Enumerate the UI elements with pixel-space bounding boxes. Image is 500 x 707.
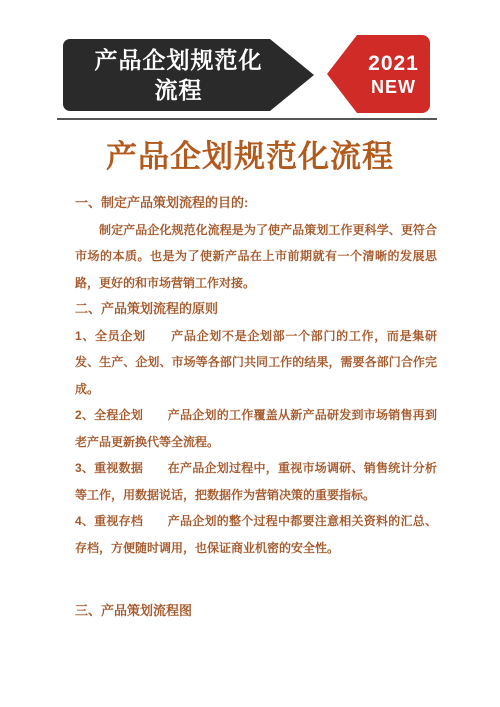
document-body: 一、制定产品策划流程的目的: 制定产品企化规范化流程是为了使产品策划工作更科学、…	[75, 190, 437, 625]
document-page: 产品企划规范化 流程 2021 NEW 产品企划规范化流程 一、制定产品策划流程…	[0, 0, 500, 707]
paragraph-principle-2: 2、全程企划 产品企划的工作覆盖从新产品研发到市场销售再到老产品更新换代等全流程…	[75, 402, 437, 455]
section-heading-purpose: 一、制定产品策划流程的目的:	[75, 190, 437, 217]
divider-line	[57, 118, 437, 120]
page-title: 产品企划规范化流程	[0, 131, 500, 176]
ribbon-title-line2: 流程	[155, 77, 203, 103]
paragraph-principle-1: 1、全员企划 产品企划不是企划部一个部门的工作，而是集研发、生产、企划、市场等各…	[75, 323, 437, 403]
ribbon-title-line1: 产品企划规范化	[95, 47, 263, 73]
paragraph-principle-4: 4、重视存档 产品企划的整个过程中都要注意相关资料的汇总、存档，方便随时调用，也…	[75, 508, 437, 561]
paragraph-purpose: 制定产品企化规范化流程是为了使产品策划工作更科学、更符合市场的本质。也是为了使新…	[75, 217, 437, 297]
paragraph-principle-3: 3、重视数据 在产品企划过程中，重视市场调研、销售统计分析等工作，用数据说话，把…	[75, 455, 437, 508]
header-ribbon: 产品企划规范化 流程	[63, 39, 270, 111]
ribbon-title: 产品企划规范化 流程	[95, 45, 263, 105]
section-heading-flowchart: 三、产品策划流程图	[75, 598, 437, 625]
new-year-badge: 2021 NEW	[357, 35, 430, 113]
badge-new-text: NEW	[371, 76, 416, 98]
badge-year-text: 2021	[368, 51, 419, 76]
section-heading-principles: 二、产品策划流程的原则	[75, 296, 437, 323]
